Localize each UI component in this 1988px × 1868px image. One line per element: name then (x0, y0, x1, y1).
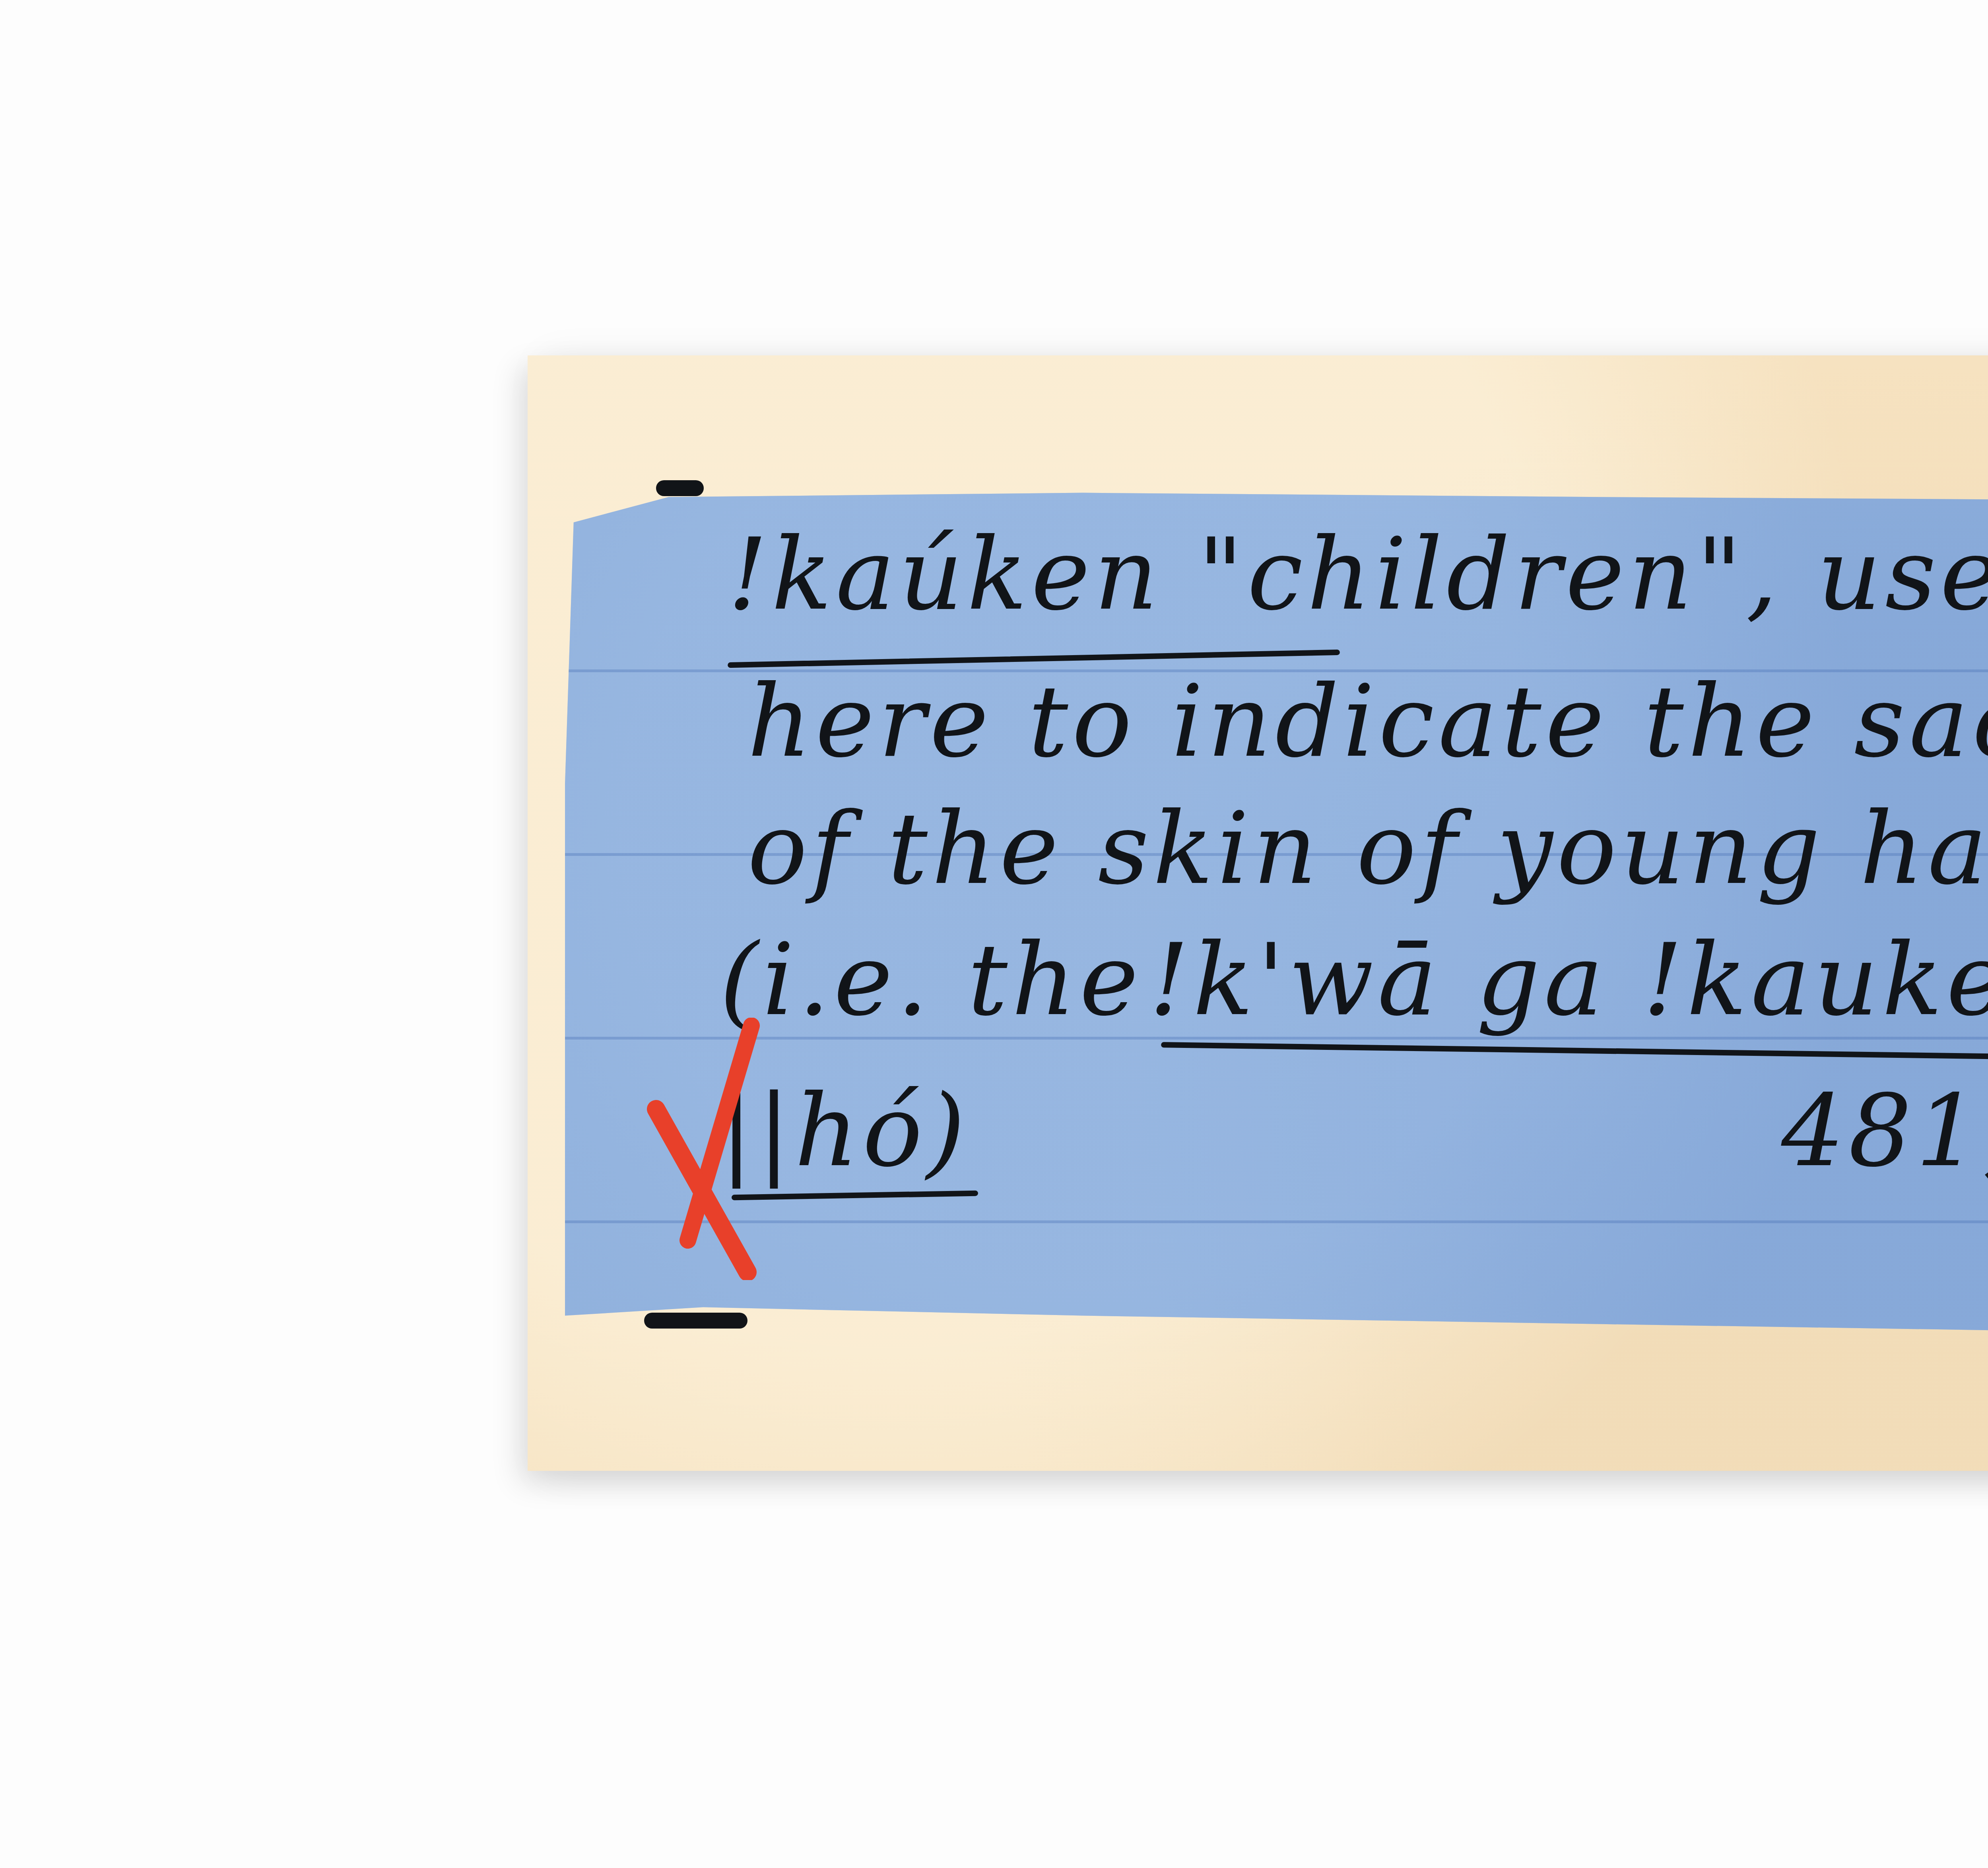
note-line-4-term: !k'wā ga !kauken (1149, 930, 1988, 1030)
reference-number: 481,1. (1781, 1081, 1988, 1181)
note-line-3: of the skin of young hartebeests (747, 799, 1988, 898)
note-line-2: here to indicate the sacks made (747, 672, 1988, 771)
photo-stage: !kaúken "children", used here to indicat… (0, 0, 1988, 1868)
ink-smudge (644, 1313, 747, 1329)
note-line-1: !kaúken "children", used (728, 525, 1988, 624)
note-line-4: (i.e. the (720, 930, 1142, 1030)
red-x-mark-icon (644, 1018, 775, 1280)
ink-smudge (656, 480, 704, 496)
